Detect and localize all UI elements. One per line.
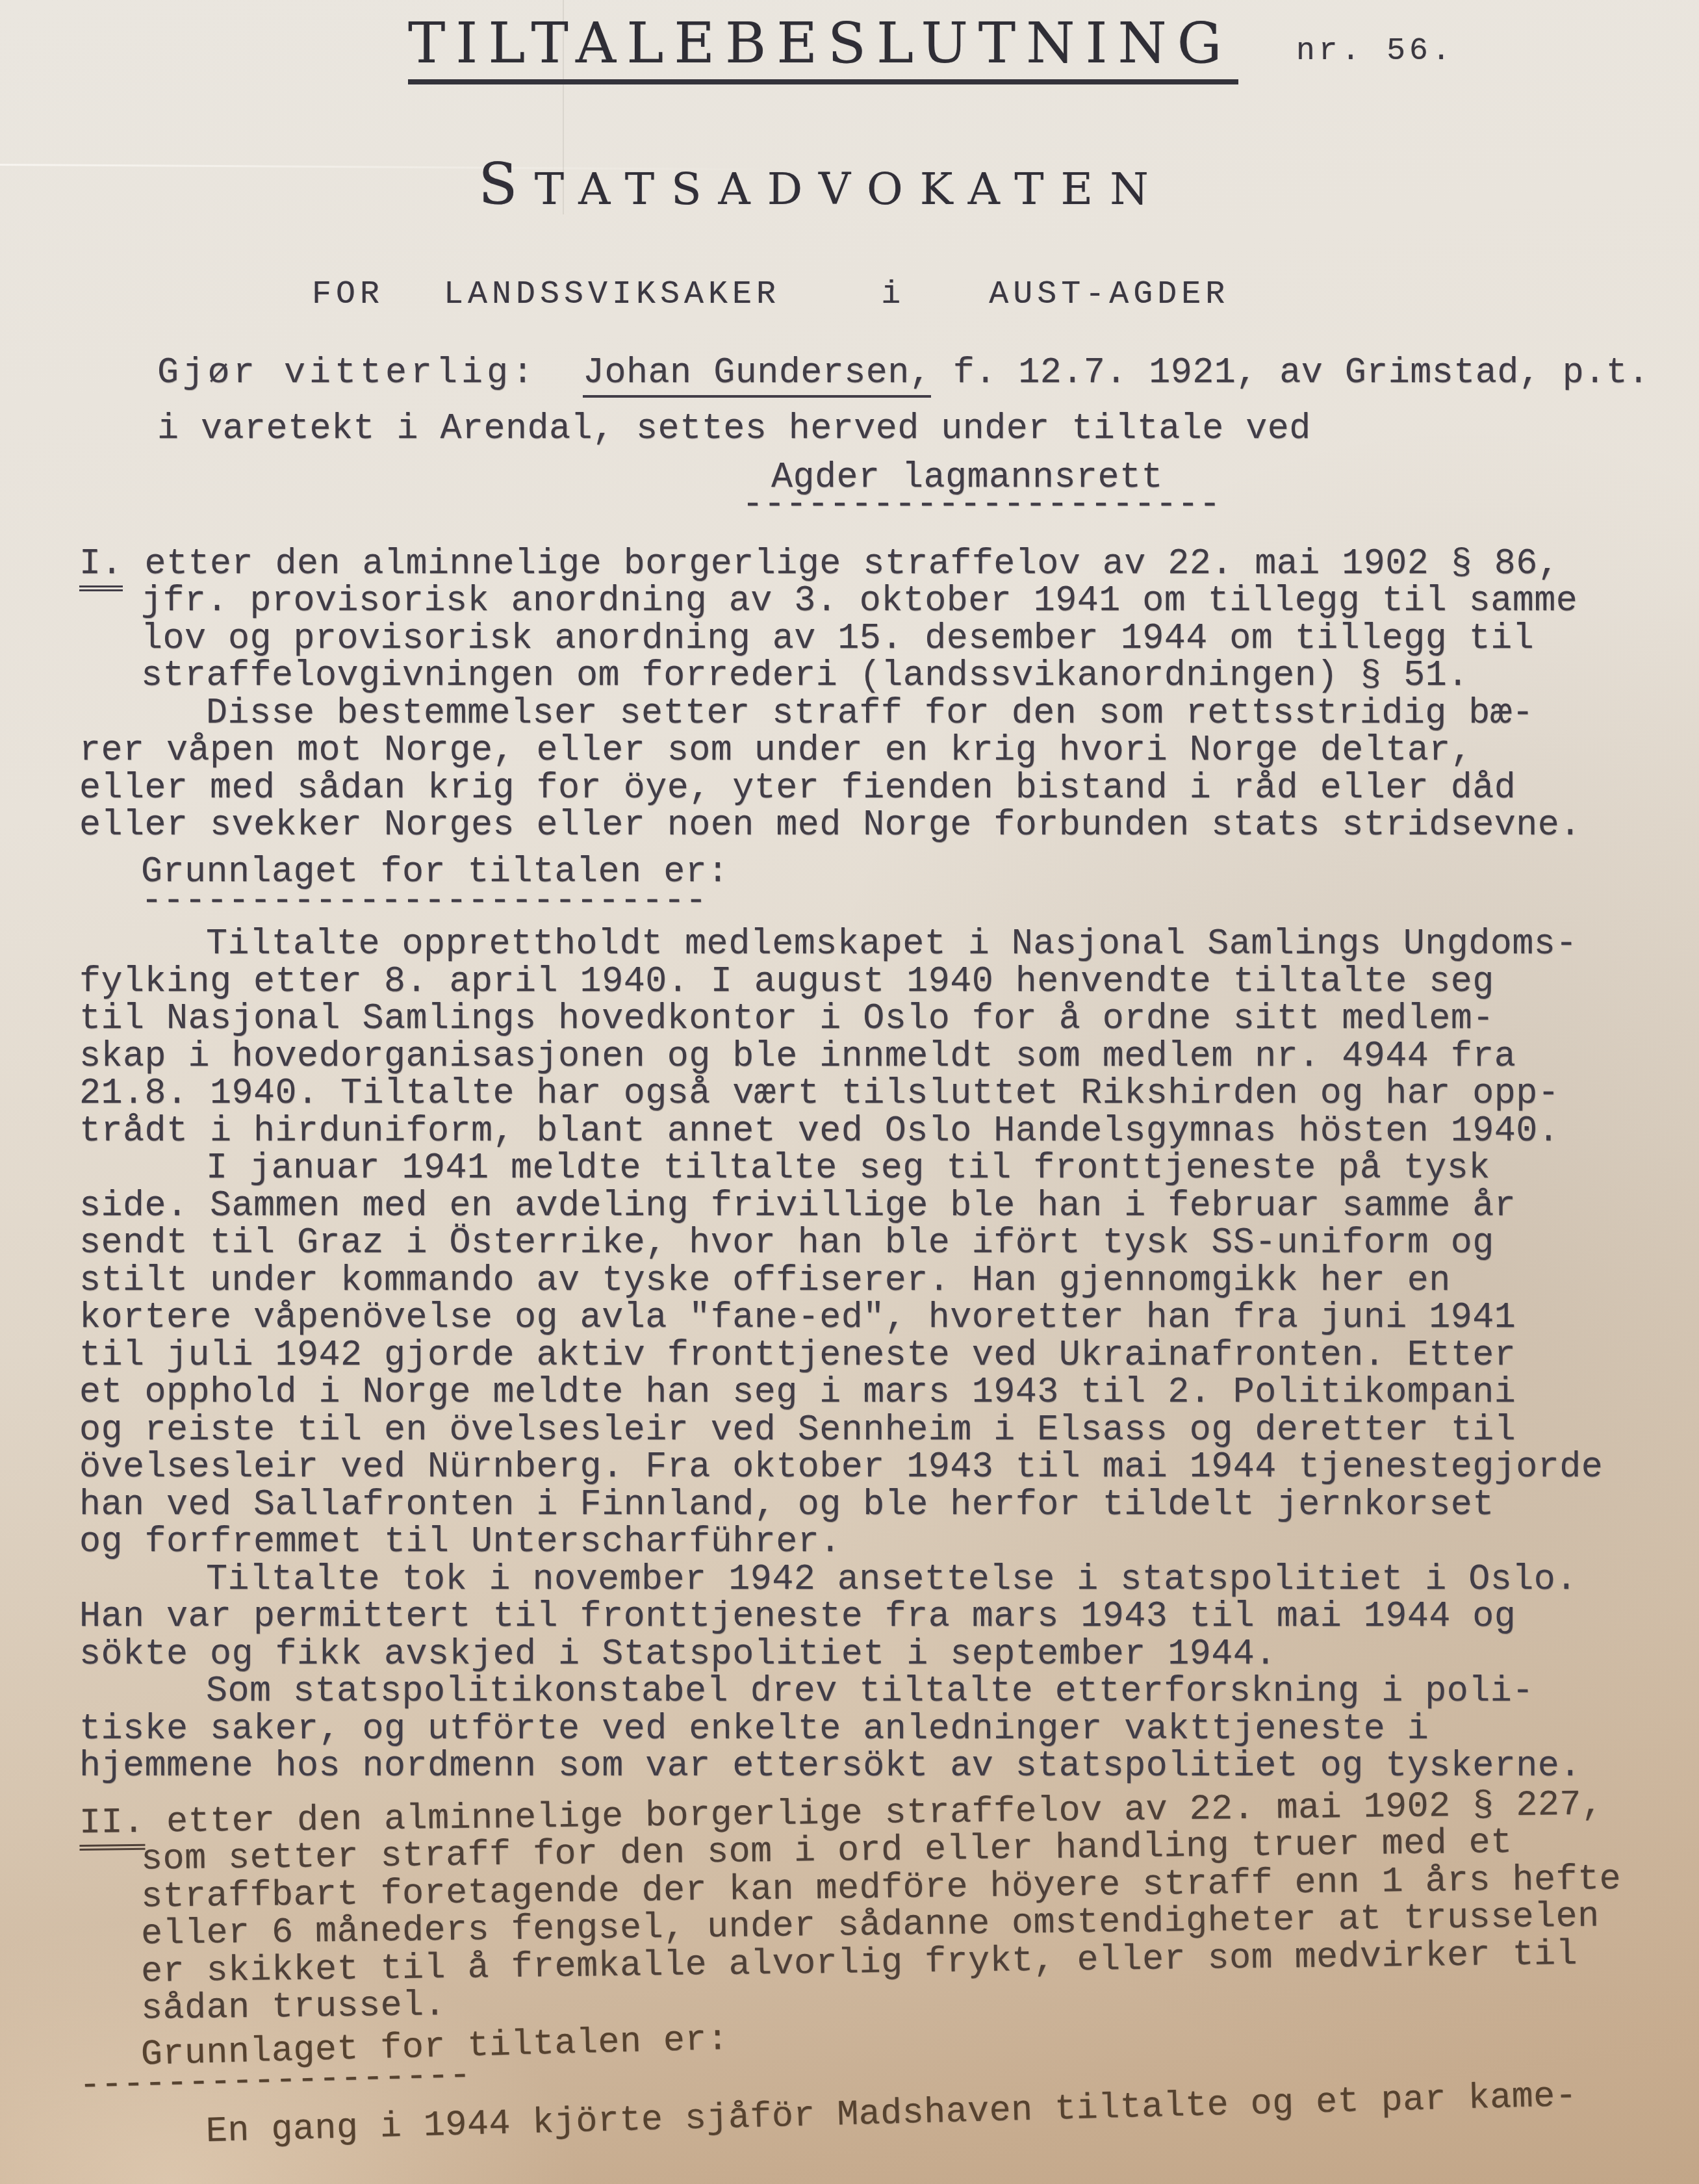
text-run: i varetekt i Arendal, settes herved unde… xyxy=(157,408,1311,449)
case-number: nr. 56. xyxy=(1296,34,1455,69)
text-line: kortere våpenövelse og avla "fane-ed", h… xyxy=(79,1299,1665,1337)
text-line: övelsesleir ved Nürnberg. Fra oktober 19… xyxy=(79,1448,1665,1486)
text-run: ---------------------- xyxy=(742,484,1221,525)
text-line: fylking etter 8. april 1940. I august 19… xyxy=(79,963,1665,1001)
text-run: skap i hovedorganisasjonen og ble innmel… xyxy=(79,1036,1516,1077)
text-run: övelsesleir ved Nürnberg. Fra oktober 19… xyxy=(79,1446,1603,1487)
text-line: og reiste til en övelsesleir ved Sennhei… xyxy=(79,1411,1665,1449)
office-subtitle-part: FOR xyxy=(312,276,384,313)
text-run: Som statspolitikonstabel drev tiltalte e… xyxy=(206,1671,1534,1712)
text-run: lov og provisorisk anordning av 15. dese… xyxy=(141,618,1534,659)
text-run: hjemmene hos nordmenn som var ettersökt … xyxy=(79,1745,1581,1786)
section-i-numeral: I. xyxy=(79,543,123,591)
text-run: Tiltalte opprettholdt medlemskapet i Nas… xyxy=(206,923,1578,964)
text-line: sökte og fikk avskjed i Statspolitiet i … xyxy=(79,1636,1665,1673)
text-run: til juli 1942 gjorde aktiv fronttjeneste… xyxy=(79,1335,1516,1376)
office-subtitle-part: AUST-AGDER xyxy=(989,276,1229,313)
title-row: TILTALEBESLUTNING xyxy=(408,17,1238,84)
text-run: et opphold i Norge meldte han seg i mars… xyxy=(79,1372,1516,1413)
text-run: -------------------------- xyxy=(141,880,707,921)
text-line: han ved Sallafronten i Finnland, og ble … xyxy=(79,1486,1665,1524)
text-line: Han var permittert til fronttjeneste fra… xyxy=(79,1598,1665,1636)
text-run: og forfremmet til Unterscharführer. xyxy=(79,1521,841,1562)
office-subtitle-part: i xyxy=(881,276,905,313)
text-line: Disse bestemmelser setter straff for den… xyxy=(79,695,1665,732)
text-line: side. Sammen med en avdeling frivillige … xyxy=(79,1187,1665,1225)
text-run: I januar 1941 meldte tiltalte seg til fr… xyxy=(206,1148,1490,1188)
defendant-name: Johan Gundersen, xyxy=(583,352,931,398)
defendant-line: Gjør vitterlig:Johan Gundersen, f. 12.7.… xyxy=(79,354,1665,392)
text-run: til Nasjonal Samlings hovedkontor i Oslo… xyxy=(79,998,1494,1039)
text-run: Gjør vitterlig: xyxy=(157,352,537,393)
text-line: hjemmene hos nordmenn som var ettersökt … xyxy=(79,1747,1665,1785)
text-run: og reiste til en övelsesleir ved Sennhei… xyxy=(79,1409,1516,1450)
text-line: skap i hovedorganisasjonen og ble innmel… xyxy=(79,1038,1665,1075)
text-line: rer våpen mot Norge, eller som under en … xyxy=(79,732,1665,769)
text-line: I januar 1941 meldte tiltalte seg til fr… xyxy=(79,1150,1665,1187)
office-name: STATSADVOKATEN xyxy=(0,151,1644,218)
text-run: straffelovgivningen om forrederi (landss… xyxy=(141,655,1469,696)
text-run: fylking etter 8. april 1940. I august 19… xyxy=(79,961,1494,1002)
office-subtitle: FOR LANDSSVIKSAKER i AUST-AGDER xyxy=(312,276,1229,313)
text-line: ---------------------- xyxy=(79,494,1665,516)
text-line: straffelovgivningen om forrederi (landss… xyxy=(79,657,1665,695)
text-line: trådt i hirduniform, blant annet ved Osl… xyxy=(79,1112,1665,1150)
document-title: TILTALEBESLUTNING xyxy=(408,17,1238,84)
text-run: Han var permittert til fronttjeneste fra… xyxy=(79,1596,1516,1637)
text-line: eller svekker Norges eller noen med Norg… xyxy=(79,806,1665,844)
text-run: rer våpen mot Norge, eller som under en … xyxy=(79,730,1472,771)
text-line: et opphold i Norge meldte han seg i mars… xyxy=(79,1374,1665,1411)
text-run: side. Sammen med en avdeling frivillige … xyxy=(79,1185,1516,1226)
text-run: Tiltalte tok i november 1942 ansettelse … xyxy=(206,1559,1578,1600)
text-run: stilt under kommando av tyske offiserer.… xyxy=(79,1260,1451,1301)
text-line: til juli 1942 gjorde aktiv fronttjeneste… xyxy=(79,1337,1665,1374)
text-line: sendt til Graz i Österrike, hvor han ble… xyxy=(79,1224,1665,1262)
text-line: 21.8. 1940. Tiltalte har også vært tilsl… xyxy=(79,1075,1665,1112)
document-body: Gjør vitterlig:Johan Gundersen, f. 12.7.… xyxy=(79,354,1665,2154)
office-subtitle-part: LANDSSVIKSAKER xyxy=(444,276,780,313)
text-run: eller med sådan krig for öye, yter fiend… xyxy=(79,767,1516,808)
text-line: jfr. provisorisk anordning av 3. oktober… xyxy=(79,582,1665,620)
text-run: eller svekker Norges eller noen med Norg… xyxy=(79,804,1581,845)
text-run: etter den alminnelige borgerlige straffe… xyxy=(123,543,1559,584)
text-line: og forfremmet til Unterscharführer. xyxy=(79,1523,1665,1561)
text-run: jfr. provisorisk anordning av 3. oktober… xyxy=(141,580,1578,621)
text-run: Disse bestemmelser setter straff for den… xyxy=(206,693,1534,734)
text-run: f. 12.7. 1921, av Grimstad, p.t. xyxy=(931,352,1650,393)
text-line: eller med sådan krig for öye, yter fiend… xyxy=(79,769,1665,807)
text-line: -------------------------- xyxy=(79,890,1665,912)
text-run: sökte og fikk avskjed i Statspolitiet i … xyxy=(79,1634,1277,1675)
text-run: trådt i hirduniform, blant annet ved Osl… xyxy=(79,1111,1559,1151)
text-line: til Nasjonal Samlings hovedkontor i Oslo… xyxy=(79,1000,1665,1038)
text-line: lov og provisorisk anordning av 15. dese… xyxy=(79,620,1665,658)
text-run: tiske saker, og utförte ved enkelte anle… xyxy=(79,1708,1429,1749)
text-run: sådan trussel. xyxy=(141,1985,446,2029)
text-line: i varetekt i Arendal, settes herved unde… xyxy=(79,410,1665,448)
text-line: Tiltalte opprettholdt medlemskapet i Nas… xyxy=(79,925,1665,963)
text-line: Tiltalte tok i november 1942 ansettelse … xyxy=(79,1561,1665,1599)
text-line: Som statspolitikonstabel drev tiltalte e… xyxy=(79,1673,1665,1710)
document-page: TILTALEBESLUTNING nr. 56. STATSADVOKATEN… xyxy=(0,0,1699,2184)
text-run: kortere våpenövelse og avla "fane-ed", h… xyxy=(79,1297,1516,1338)
text-run: sendt til Graz i Österrike, hvor han ble… xyxy=(79,1222,1494,1263)
section-i-heading: I. etter den alminnelige borgerlige stra… xyxy=(79,545,1665,583)
text-run: 21.8. 1940. Tiltalte har også vært tilsl… xyxy=(79,1073,1559,1114)
text-line: tiske saker, og utförte ved enkelte anle… xyxy=(79,1710,1665,1748)
text-run: han ved Sallafronten i Finnland, og ble … xyxy=(79,1484,1494,1525)
text-line: stilt under kommando av tyske offiserer.… xyxy=(79,1262,1665,1300)
